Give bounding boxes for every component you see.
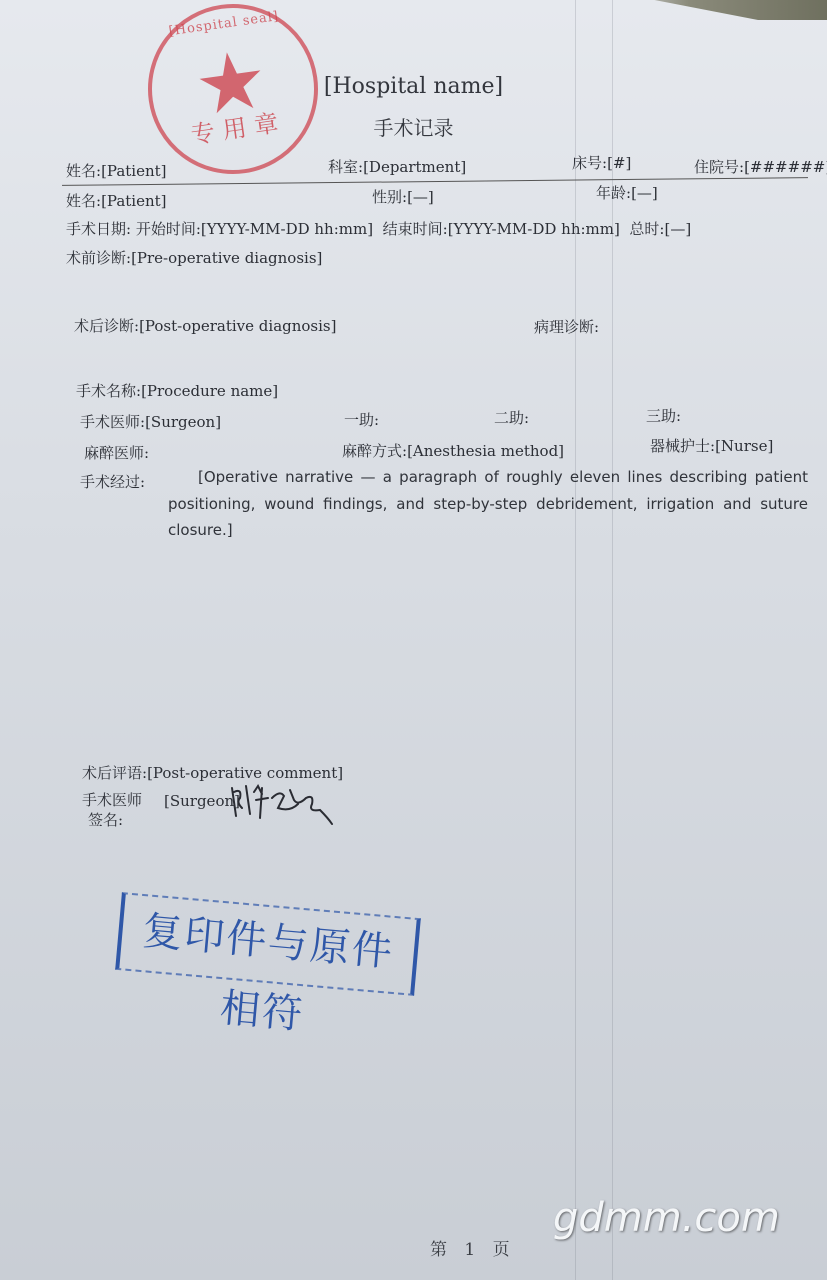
assistant-3: 三助: <box>646 405 681 426</box>
signature-label-line1: 手术医师 <box>82 790 142 810</box>
field-value: [Department] <box>363 158 466 176</box>
procedure-label: 手术经过: <box>80 471 145 492</box>
field-value: [#] <box>607 154 631 172</box>
field-label: 术后诊断: <box>74 317 139 335</box>
field-value: [Post-operative diagnosis] <box>139 317 336 335</box>
field-label: 手术日期: <box>66 220 131 238</box>
patient-age: 年龄:[—] <box>596 182 658 203</box>
record-title: 手术记录 <box>0 112 827 141</box>
field-label: 总时: <box>629 220 664 238</box>
header-admission-number: 住院号:[######] <box>694 156 827 177</box>
field-label: 年龄: <box>596 184 631 202</box>
field-label: 二助: <box>494 409 529 427</box>
header-name: 姓名:[Patient] <box>66 160 167 181</box>
field-label: 器械护士: <box>650 437 715 455</box>
field-label: 手术名称: <box>76 382 141 400</box>
field-label: 三助: <box>646 407 681 425</box>
header-divider <box>62 177 808 186</box>
field-label: 麻醉方式: <box>342 442 407 460</box>
paper-fold-line <box>575 0 576 1280</box>
total-duration: [—] <box>664 220 691 238</box>
procedure-narrative: [Operative narrative — a paragraph of ro… <box>168 464 808 544</box>
field-label: 姓名: <box>66 192 101 210</box>
field-value: [Patient] <box>101 192 166 210</box>
field-value: [Anesthesia method] <box>407 442 564 460</box>
assistant-1: 一助: <box>344 409 379 430</box>
start-time: [YYYY-MM-DD hh:mm] <box>201 220 373 238</box>
field-value: [—] <box>407 188 434 206</box>
field-value: [Procedure name] <box>141 382 278 400</box>
scrub-nurse: 器械护士:[Nurse] <box>650 435 773 456</box>
assistant-2: 二助: <box>494 407 529 428</box>
post-op-diagnosis: 术后诊断:[Post-operative diagnosis] <box>74 314 574 339</box>
field-value: [######] <box>744 158 827 176</box>
surgeon: 手术医师:[Surgeon] <box>80 411 221 432</box>
field-label: 麻醉医师: <box>84 444 149 462</box>
field-value: [Nurse] <box>715 437 773 455</box>
field-value: [Surgeon] <box>145 413 221 431</box>
field-label: 一助: <box>344 411 379 429</box>
handwritten-signature <box>228 778 338 826</box>
field-value: [Pre-operative diagnosis] <box>131 249 322 267</box>
field-value: [—] <box>631 184 658 202</box>
anesthetist: 麻醉医师: <box>84 442 149 463</box>
patient-sex: 性别:[—] <box>372 186 434 207</box>
field-label: 姓名: <box>66 162 101 180</box>
header-department: 科室:[Department] <box>328 156 466 177</box>
end-time: [YYYY-MM-DD hh:mm] <box>448 220 620 238</box>
field-label: 术后评语: <box>82 764 147 782</box>
patient-name: 姓名:[Patient] <box>66 190 167 211</box>
field-label: 性别: <box>372 188 407 206</box>
field-label: 结束时间: <box>383 220 448 238</box>
field-label: 术前诊断: <box>66 249 131 267</box>
seal-arc-text: [Hospital seal] <box>153 7 296 42</box>
header-bed: 床号:[#] <box>572 152 631 173</box>
signature-label: 手术医师 签名: <box>82 790 142 830</box>
anesthesia-method: 麻醉方式:[Anesthesia method] <box>342 440 564 461</box>
signature-label-line2: 签名: <box>82 810 142 830</box>
surgery-time-row: 手术日期: 开始时间:[YYYY-MM-DD hh:mm] 结束时间:[YYYY… <box>66 218 691 239</box>
field-label: 手术医师: <box>80 413 145 431</box>
field-label: 病理诊断: <box>534 318 599 336</box>
operation-name: 手术名称:[Procedure name] <box>76 380 278 401</box>
site-watermark: gdmm.com <box>553 1195 780 1241</box>
field-value: [Patient] <box>101 162 166 180</box>
field-label: 科室: <box>328 158 363 176</box>
certified-copy-stamp: 复印件与原件相符 <box>115 892 421 996</box>
field-label: 开始时间: <box>136 220 201 238</box>
field-label: 床号: <box>572 154 607 172</box>
pathology-diagnosis: 病理诊断: <box>534 316 599 337</box>
background-corner <box>597 0 827 20</box>
field-label: 住院号: <box>694 158 744 176</box>
pre-op-diagnosis: 术前诊断:[Pre-operative diagnosis] <box>66 246 811 271</box>
page-number: 第 1 页 <box>430 1235 516 1260</box>
hospital-name: [Hospital name] <box>0 74 827 99</box>
